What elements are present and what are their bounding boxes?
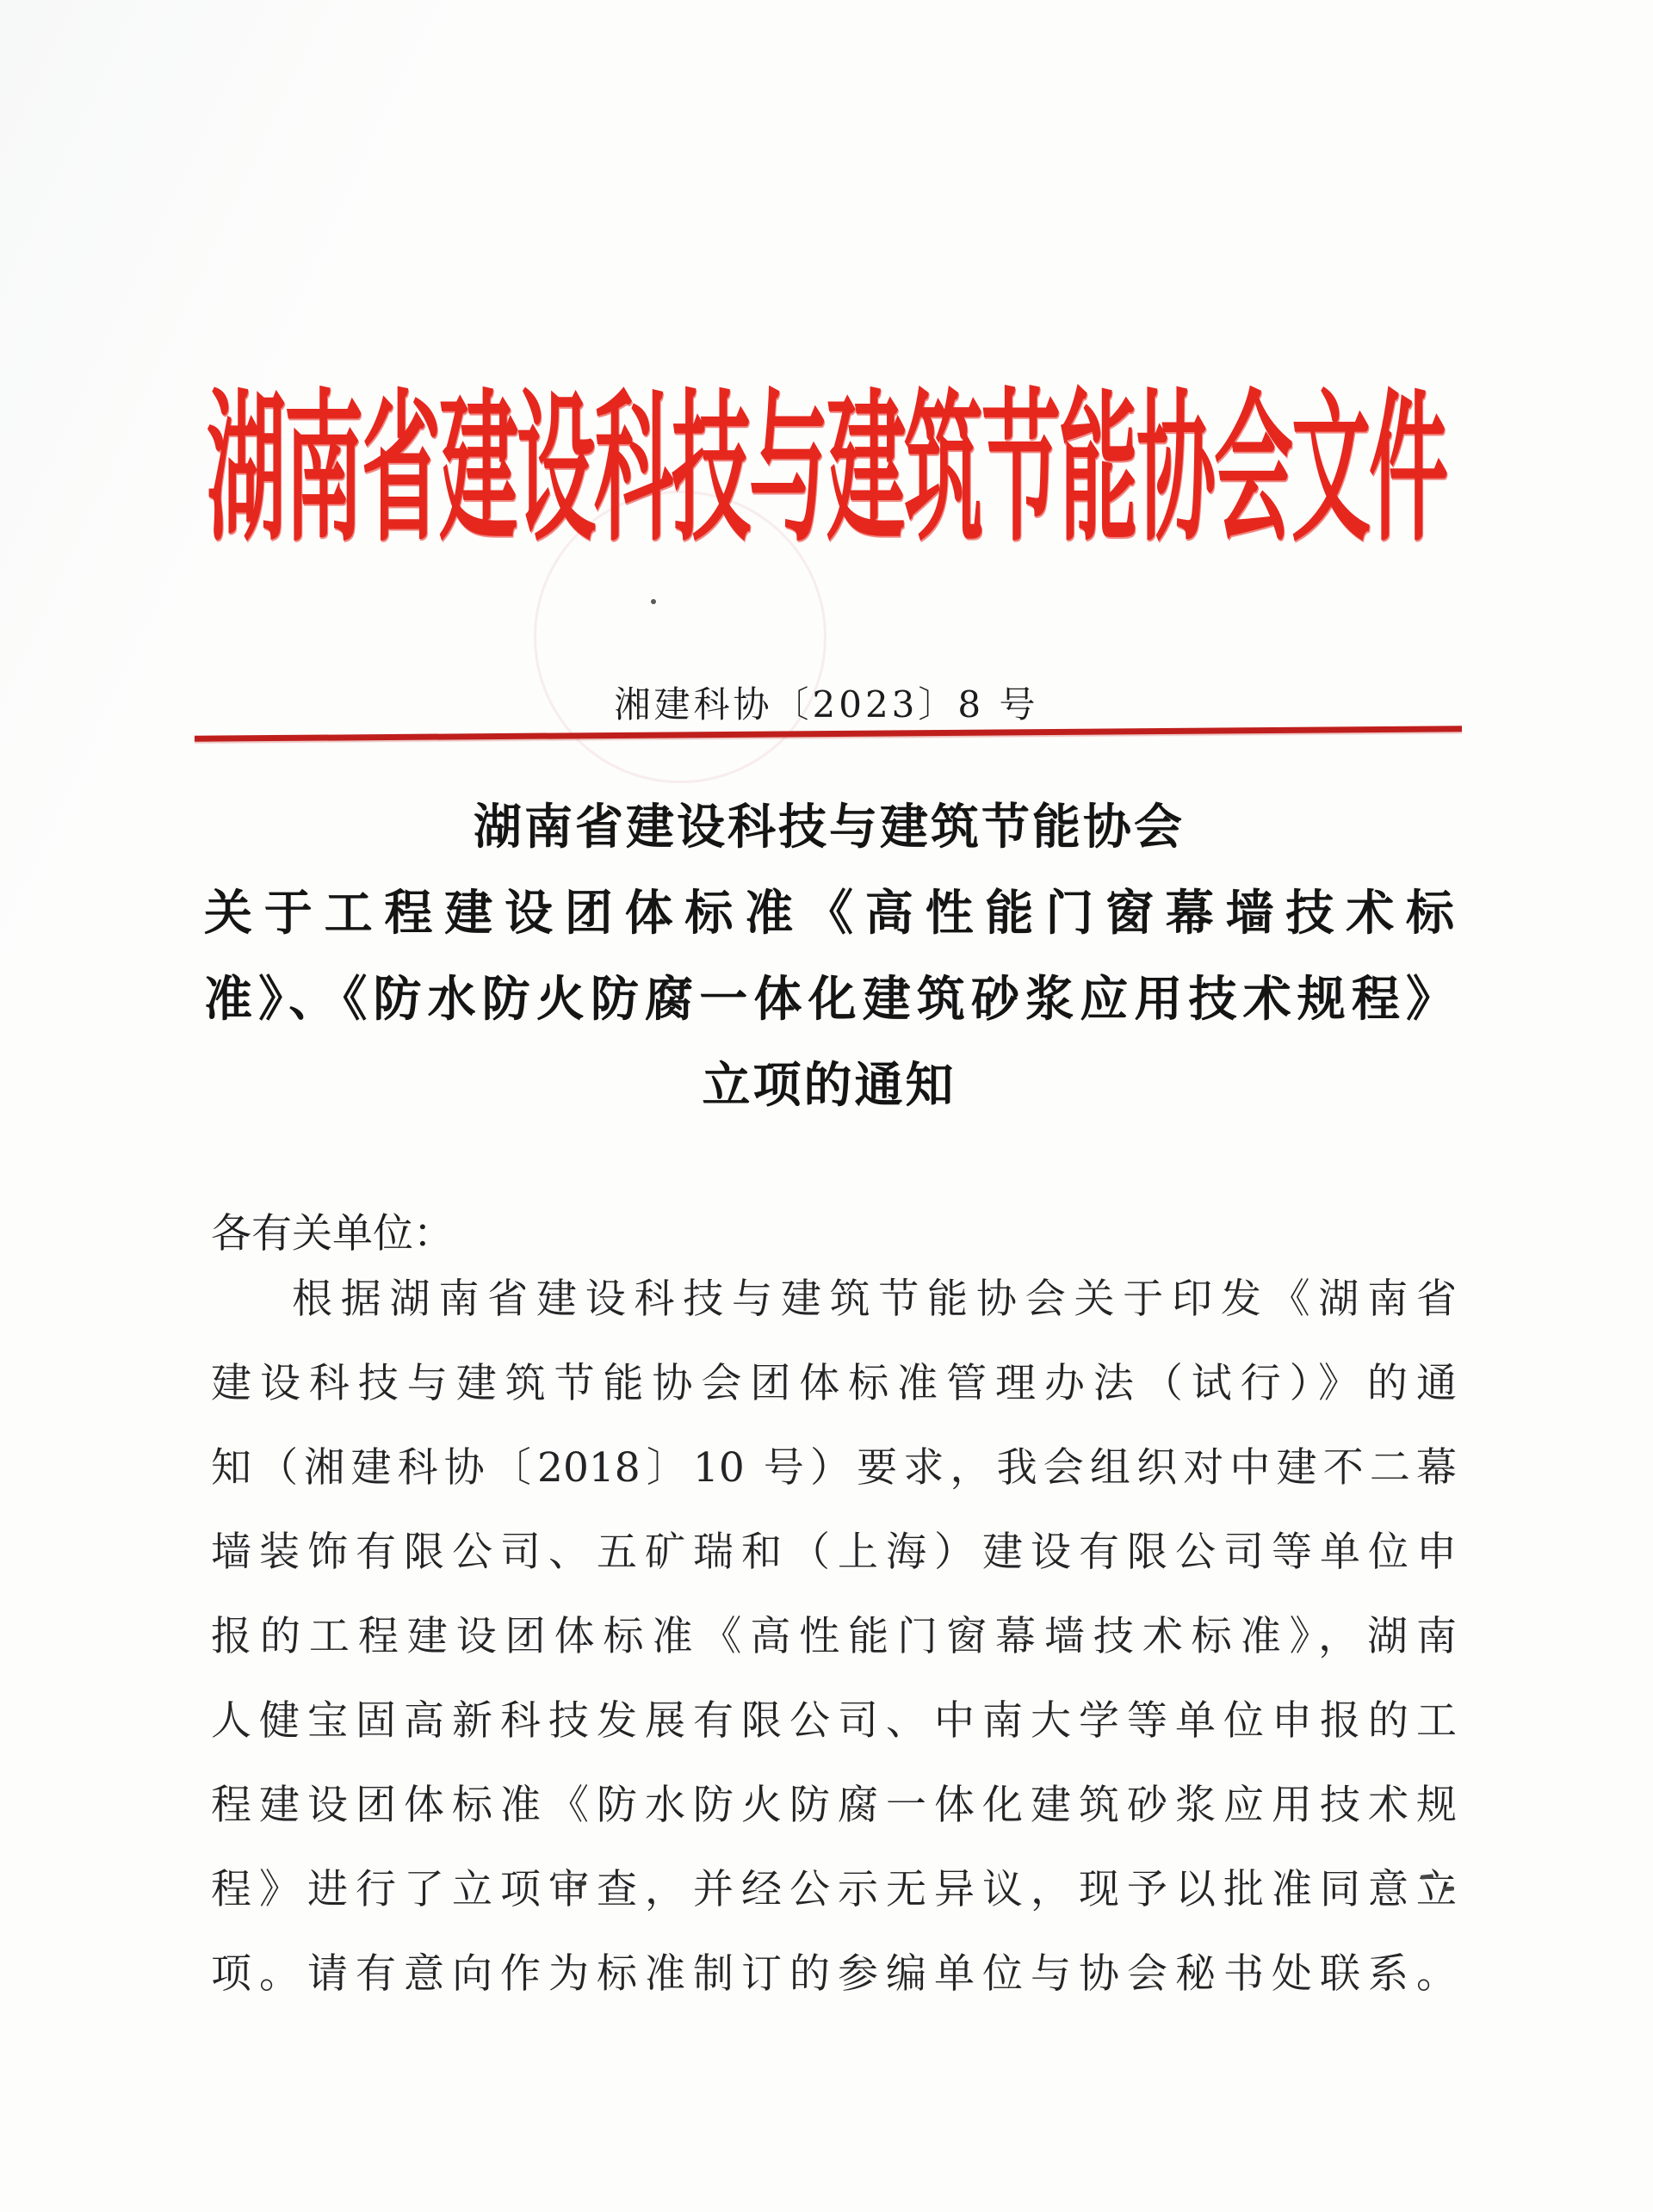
notice-title-line: 准》、《防水防火防腐一体化建筑砂浆应用技术规程》: [204, 966, 1454, 1052]
body-line: 知（湘建科协〔2018〕10 号）要求，我会组织对中建不二幕: [211, 1441, 1457, 1525]
document-header-banner: 湖南省建设科技与建筑节能协会文件: [198, 344, 1455, 568]
ink-speck-artifact: [651, 599, 656, 604]
notice-title-line: 立项的通知: [204, 1052, 1454, 1138]
notice-title-line: 关于工程建设团体标准《高性能门窗幕墙技术标: [204, 880, 1454, 966]
body-line: 程》进行了立项审查，并经公示无异议，现予以批准同意立: [211, 1863, 1457, 1947]
notice-body: 根据湖南省建设科技与建筑节能协会关于印发《湖南省 建设科技与建筑节能协会团体标准…: [211, 1272, 1457, 2031]
notice-title-line: 湖南省建设科技与建筑节能协会: [204, 794, 1454, 880]
body-line: 报的工程建设团体标准《高性能门窗幕墙技术标准》，湖南: [211, 1610, 1457, 1694]
notice-title-block: 湖南省建设科技与建筑节能协会 关于工程建设团体标准《高性能门窗幕墙技术标 准》、…: [204, 794, 1454, 1138]
body-line: 项。请有意向作为标准制订的参编单位与协会秘书处联系。: [211, 1947, 1457, 2031]
red-separator-line: [195, 726, 1462, 742]
document-number: 湘建科协〔2023〕8 号: [198, 677, 1455, 728]
body-line: 墙装饰有限公司、五矿瑞和（上海）建设有限公司等单位申: [211, 1525, 1457, 1610]
salutation: 各有关单位：: [211, 1208, 454, 1260]
body-line: 人健宝固高新科技发展有限公司、中南大学等单位申报的工: [211, 1694, 1457, 1778]
body-line: 建设科技与建筑节能协会团体标准管理办法（试行）》的通: [211, 1356, 1457, 1441]
association-banner-title: 湖南省建设科技与建筑节能协会文件: [207, 340, 1446, 573]
body-line: 根据湖南省建设科技与建筑节能协会关于印发《湖南省: [211, 1272, 1457, 1356]
scanned-document-page: 湖南省建设科技与建筑节能协会文件 湘建科协〔2023〕8 号 湖南省建设科技与建…: [0, 0, 1653, 2212]
body-line: 程建设团体标准《防水防火防腐一体化建筑砂浆应用技术规: [211, 1778, 1457, 1863]
